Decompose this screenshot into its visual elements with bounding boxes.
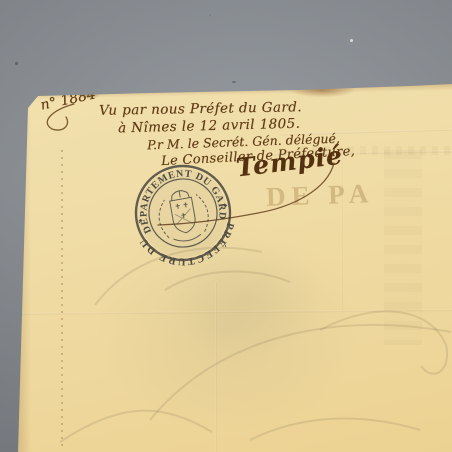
- dust-speck: [350, 39, 353, 42]
- product-photo: DE PA n° 1884 Vu par nous Préfet du Gard…: [0, 0, 452, 452]
- prefecture-ink-stamp: DÉPARTEMENT DU GARD PRÉFECTURE DU ♦ ♦: [113, 143, 252, 282]
- dust-speck: [209, 14, 211, 16]
- dust-speck: [232, 81, 236, 83]
- manuscript-paper: DE PA n° 1884 Vu par nous Préfet du Gard…: [0, 0, 452, 452]
- dust-speck: [15, 62, 18, 65]
